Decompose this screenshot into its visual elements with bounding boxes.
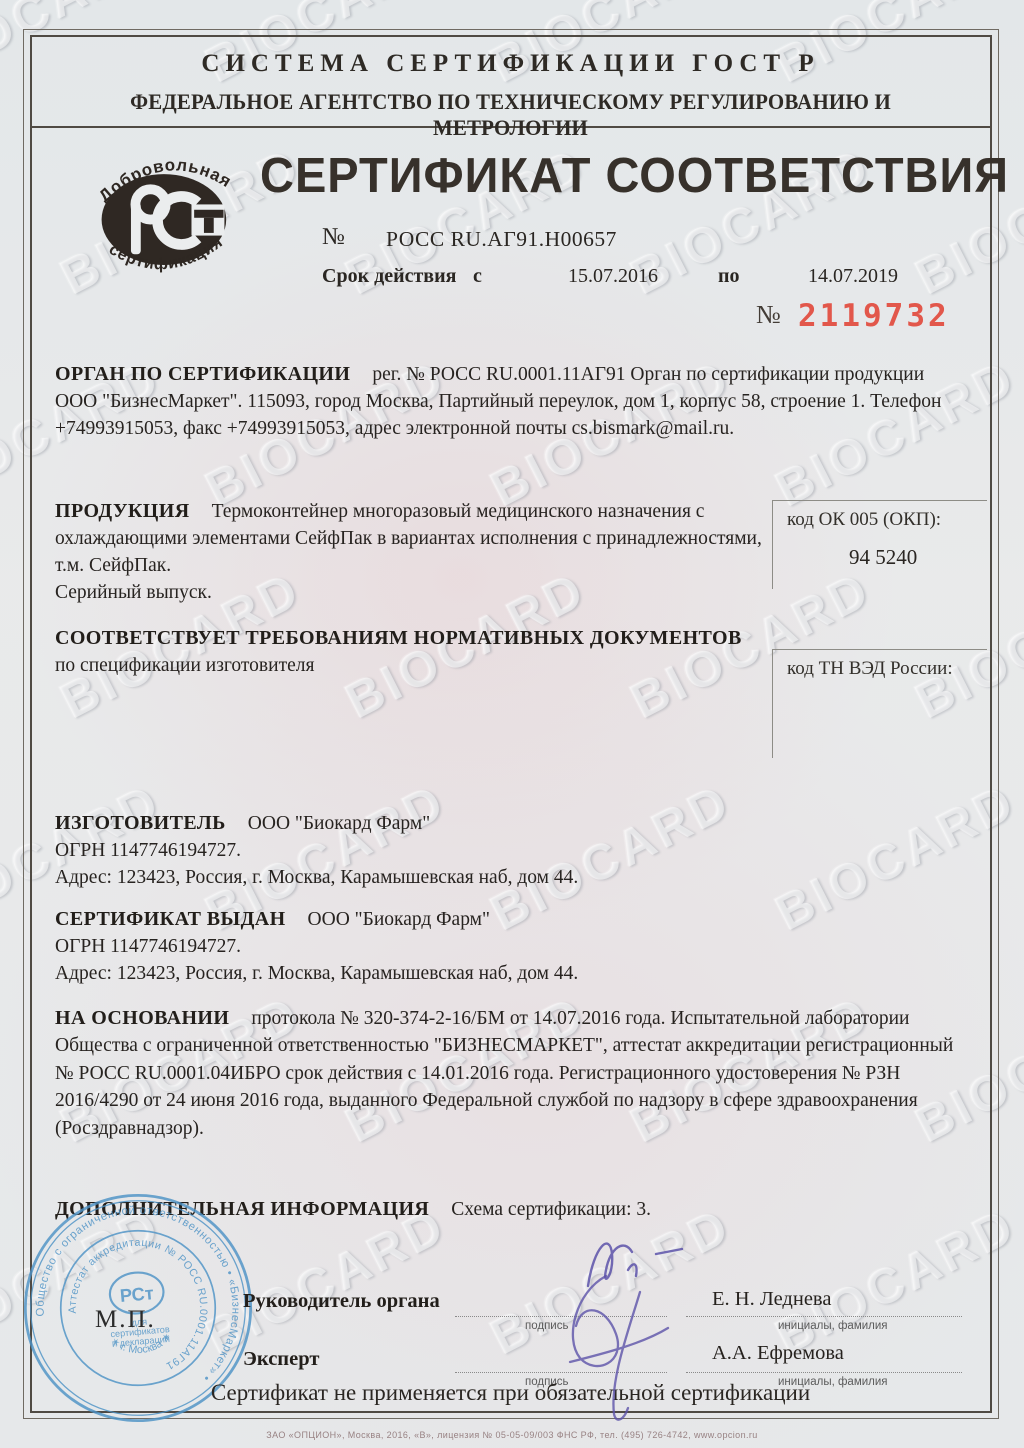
head-of-body-label: Руководитель органа <box>243 1290 440 1313</box>
okp-code-label: код ОК 005 (ОКП): <box>773 501 987 531</box>
issued-to-name: ООО "Биокард Фарм" <box>308 909 490 930</box>
basis-label: НА ОСНОВАНИИ <box>55 1007 251 1029</box>
certification-system-title: СИСТЕМА СЕРТИФИКАЦИИ ГОСТ Р <box>31 50 990 78</box>
okp-code-value: 94 5240 <box>849 545 987 570</box>
issued-to-section: СЕРТИФИКАТ ВЫДАНООО "Биокард Фарм" ОГРН … <box>55 906 967 987</box>
certification-body-section: ОРГАН ПО СЕРТИФИКАЦИИрег. № РОСС RU.0001… <box>55 361 967 442</box>
manufacturer-address: Адрес: 123423, Россия, г. Москва, Карамы… <box>55 867 578 888</box>
head-name-caption: инициалы, фамилия <box>778 1320 888 1332</box>
manufacturer-ogrn: ОГРН 1147746194727. <box>55 840 241 861</box>
conforms-text: по спецификации изготовителя <box>55 652 755 679</box>
additional-info-text: Схема сертификации: 3. <box>451 1199 651 1220</box>
validity-label: Срок действия <box>322 265 456 288</box>
manufacturer-name: ООО "Биокард Фарм" <box>248 813 430 834</box>
expert-label: Эксперт <box>243 1348 319 1371</box>
okp-code-box: код ОК 005 (ОКП): 94 5240 <box>772 500 987 589</box>
form-number-red: 2119732 <box>798 298 950 334</box>
manufacturer-label: ИЗГОТОВИТЕЛЬ <box>55 812 248 834</box>
certification-body-label: ОРГАН ПО СЕРТИФИКАЦИИ <box>55 363 372 385</box>
rst-logo-icon: Добровольная сертификация <box>74 129 252 311</box>
expert-handwritten-signature <box>540 1262 720 1427</box>
conforms-label: СООТВЕТСТВУЕТ ТРЕБОВАНИЯМ НОРМАТИВНЫХ ДО… <box>55 625 967 652</box>
issued-to-label: СЕРТИФИКАТ ВЫДАН <box>55 908 308 930</box>
basis-section: НА ОСНОВАНИИпротокола № 320-374-2-16/БМ … <box>55 1005 971 1143</box>
issued-to-ogrn: ОГРН 1147746194727. <box>55 936 241 957</box>
form-number-sign: № <box>756 300 781 330</box>
issued-to-address: Адрес: 123423, Россия, г. Москва, Карамы… <box>55 963 578 984</box>
not-applicable-note: Сертификат не применяется при обязательн… <box>31 1380 990 1406</box>
product-label: ПРОДУКЦИЯ <box>55 500 212 522</box>
validity-to-preposition: по <box>718 265 740 288</box>
validity-date-from: 15.07.2016 <box>568 265 658 288</box>
certificate-number: РОСС RU.АГ91.Н00657 <box>386 227 617 252</box>
printer-imprint: ЗАО «ОПЦИОН», Москва, 2016, «В», лицензи… <box>0 1430 1024 1440</box>
product-serial-text: Серийный выпуск. <box>55 582 212 603</box>
certificate-title: СЕРТИФИКАТ СООТВЕТСТВИЯ <box>260 146 1000 204</box>
stamp-center-mark: РСт <box>119 1282 155 1306</box>
number-sign: № <box>322 224 345 251</box>
head-name-line <box>686 1300 962 1317</box>
product-section: ПРОДУКЦИЯТермоконтейнер многоразовый мед… <box>55 498 773 606</box>
tnved-code-box: код ТН ВЭД России: <box>772 649 987 758</box>
stamp-place-mark: М.П. <box>95 1306 156 1334</box>
manufacturer-section: ИЗГОТОВИТЕЛЬООО "Биокард Фарм" ОГРН 1147… <box>55 810 967 891</box>
tnved-code-label: код ТН ВЭД России: <box>773 650 987 680</box>
certificate-page: BIOCARDBIOCARDBIOCARDBIOCARDBIOCARDBIOCA… <box>0 0 1024 1448</box>
certificate-content: СИСТЕМА СЕРТИФИКАЦИИ ГОСТ Р ФЕДЕРАЛЬНОЕ … <box>0 0 1024 1448</box>
validity-date-to: 14.07.2019 <box>808 265 898 288</box>
expert-name-line <box>686 1356 962 1373</box>
validity-from-preposition: с <box>473 265 482 288</box>
